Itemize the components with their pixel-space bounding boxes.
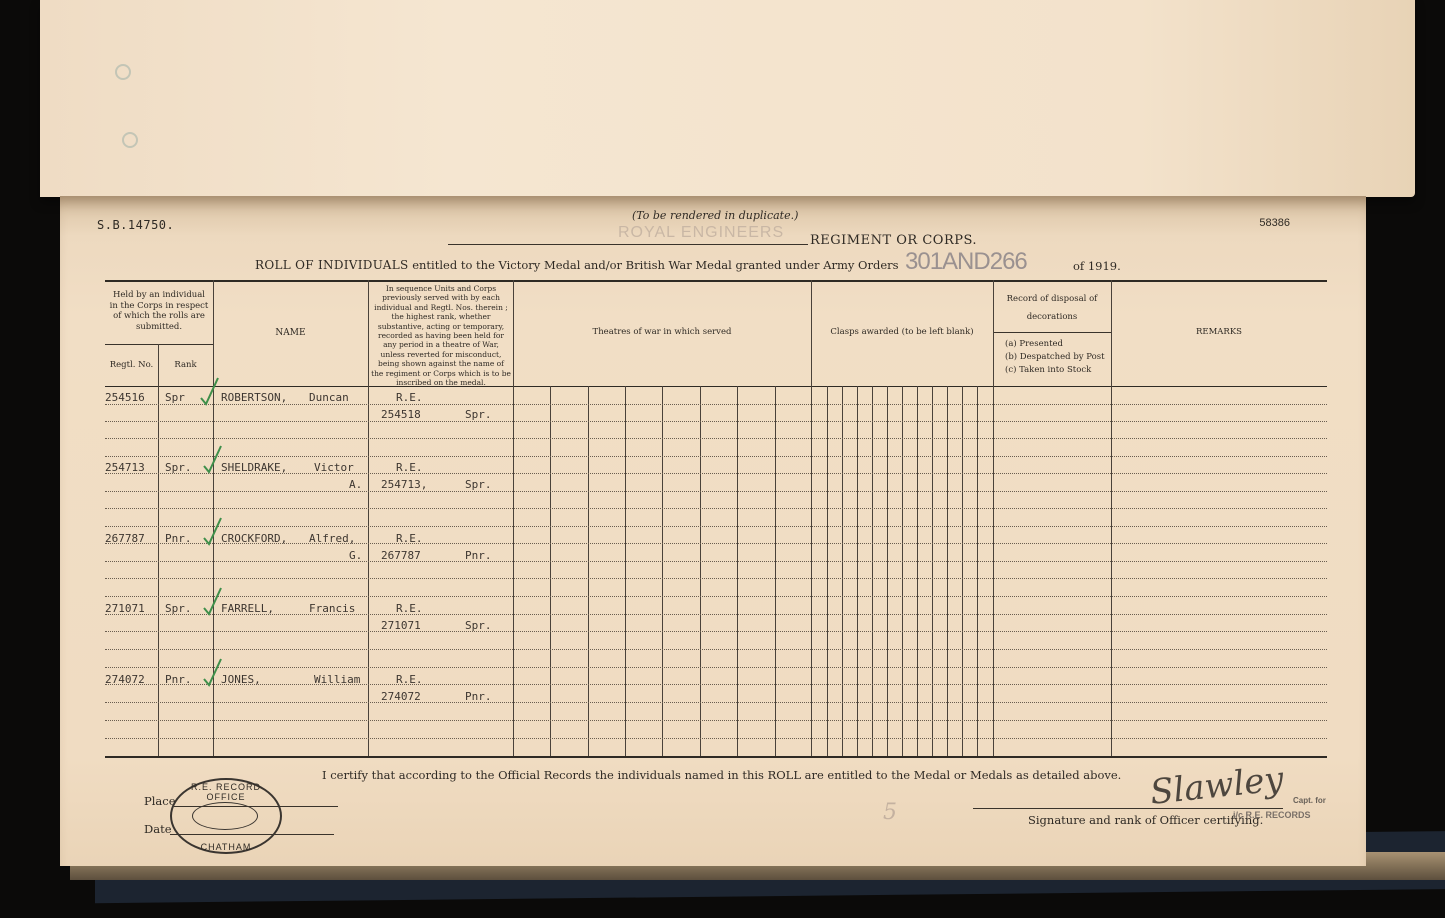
clasp-subcol <box>932 386 933 756</box>
forename: Alfred, <box>309 532 355 545</box>
row-rule <box>105 631 1327 632</box>
unit-rank: Spr. <box>465 619 492 632</box>
previous-page-folded <box>40 0 1415 197</box>
unit-regtl-no: 254713, <box>381 478 427 491</box>
corps: R.E. <box>396 391 423 404</box>
row-rule <box>105 614 1327 615</box>
regtl-no: 254713 <box>105 461 145 474</box>
roll-title: ROLL OF INDIVIDUALS entitled to the Vict… <box>255 258 899 272</box>
theatre-subcol <box>662 386 663 756</box>
forename: Francis <box>309 602 355 615</box>
header-held-by: Held by an individual in the Corps in re… <box>108 290 210 332</box>
check-mark-icon <box>201 657 223 687</box>
surname: SHELDRAKE, <box>221 461 287 474</box>
row-rule <box>105 720 1327 721</box>
row-rule <box>105 456 1327 457</box>
margin-mark: 5 <box>883 800 897 825</box>
roll-table: Held by an individual in the Corps in re… <box>105 280 1327 757</box>
row-rule <box>105 596 1327 597</box>
forename: William <box>314 673 360 686</box>
regtl-no: 267787 <box>105 532 145 545</box>
header-bottom-rule <box>105 386 1327 387</box>
clasp-subcol <box>842 386 843 756</box>
header-disposal-a: (a) Presented <box>1005 339 1063 350</box>
corps: R.E. <box>396 673 423 686</box>
corps-stamp: ROYAL ENGINEERS <box>618 224 784 242</box>
check-mark-icon <box>201 586 223 616</box>
surname: CROCKFORD, <box>221 532 287 545</box>
row-rule <box>105 702 1327 703</box>
unit-regtl-no: 271071 <box>381 619 421 632</box>
clasp-subcol <box>902 386 903 756</box>
theatre-subcol <box>588 386 589 756</box>
header-disposal-b: (b) Despatched by Post <box>1005 352 1105 363</box>
corps-underline <box>448 244 808 245</box>
corps: R.E. <box>396 602 423 615</box>
disposal-divider <box>993 332 1111 333</box>
stamp-inner-ring <box>192 802 258 830</box>
clasp-subcol <box>827 386 828 756</box>
rank: Spr. <box>165 461 192 474</box>
surname: ROBERTSON, <box>221 391 287 404</box>
medal-roll-page: S.B.14750. 58386 (To be rendered in dupl… <box>60 196 1366 866</box>
row-rule <box>105 684 1327 685</box>
clasp-subcol <box>857 386 858 756</box>
clasp-subcol <box>917 386 918 756</box>
table-bottom-rule <box>105 756 1327 758</box>
row-rule <box>105 561 1327 562</box>
corps: R.E. <box>396 461 423 474</box>
rank: Spr. <box>165 602 192 615</box>
row-rule <box>105 526 1327 527</box>
signature-line <box>973 808 1283 809</box>
regtl-no: 271071 <box>105 602 145 615</box>
row-rule <box>105 508 1327 509</box>
header-rank: Rank <box>158 360 213 371</box>
check-mark-icon <box>198 376 220 406</box>
col-divider <box>158 344 159 756</box>
clasp-subcol <box>947 386 948 756</box>
punch-hole <box>122 132 138 148</box>
clasp-subcol <box>962 386 963 756</box>
header-theatres: Theatres of war in which served <box>513 327 811 338</box>
regtl-no: 274072 <box>105 673 145 686</box>
roll-title-rest: entitled to the Victory Medal and/or Bri… <box>412 258 898 272</box>
record-office-stamp: R.E. RECORD OFFICE CHATHAM <box>170 778 282 854</box>
theatre-subcol <box>737 386 738 756</box>
table-top-rule <box>105 280 1327 282</box>
punch-hole <box>115 64 131 80</box>
header-remarks: REMARKS <box>1111 327 1327 338</box>
header-clasps: Clasps awarded (to be left blank) <box>811 327 993 338</box>
header-regtl-no: Regtl. No. <box>105 360 158 371</box>
theatre-subcol <box>625 386 626 756</box>
forename: Victor <box>314 461 354 474</box>
clasp-subcol <box>872 386 873 756</box>
header-disposal-c: (c) Taken into Stock <box>1005 365 1091 376</box>
row-rule <box>105 649 1327 650</box>
header-name: NAME <box>213 328 368 339</box>
unit-rank: Pnr. <box>465 549 492 562</box>
rank: Pnr. <box>165 532 192 545</box>
year-label: of 1919. <box>1073 259 1121 273</box>
unit-regtl-no: 267787 <box>381 549 421 562</box>
row-rule <box>105 404 1327 405</box>
held-by-divider <box>105 344 213 345</box>
row-rule <box>105 543 1327 544</box>
row-rule <box>105 667 1327 668</box>
officer-rank-stamp: Capt. for <box>1293 796 1326 805</box>
initial: G. <box>349 549 362 562</box>
clasp-subcol <box>977 386 978 756</box>
row-rule <box>105 421 1327 422</box>
row-rule <box>105 578 1327 579</box>
forename: Duncan <box>309 391 349 404</box>
unit-regtl-no: 274072 <box>381 690 421 703</box>
date-label: Date <box>144 822 172 836</box>
surname: JONES, <box>221 673 261 686</box>
initial: A. <box>349 478 362 491</box>
theatre-subcol <box>550 386 551 756</box>
records-office-stamp: i/c R.E. RECORDS <box>1233 810 1311 820</box>
row-rule <box>105 491 1327 492</box>
certification-text: I certify that according to the Official… <box>322 768 1121 782</box>
unit-rank: Spr. <box>465 408 492 421</box>
officer-signature: Slawley <box>1148 759 1285 813</box>
form-number: S.B.14750. <box>97 218 174 232</box>
surname: FARRELL, <box>221 602 274 615</box>
rank: Spr <box>165 391 185 404</box>
unit-rank: Spr. <box>465 478 492 491</box>
clasp-subcol <box>887 386 888 756</box>
check-mark-icon <box>201 516 223 546</box>
rank: Pnr. <box>165 673 192 686</box>
duplicate-note: (To be rendered in duplicate.) <box>632 209 798 222</box>
row-rule <box>105 738 1327 739</box>
regtl-no: 254516 <box>105 391 145 404</box>
header-units: In sequence Units and Corps previously s… <box>371 284 511 387</box>
stamp-bottom-text: CHATHAM <box>182 842 270 852</box>
army-orders-stamp: 301AND266 <box>905 248 1027 276</box>
header-disposal: Record of disposal of decorations <box>998 290 1106 326</box>
row-rule <box>105 473 1327 474</box>
check-mark-icon <box>201 444 223 474</box>
stamp-top-text: R.E. RECORD OFFICE <box>178 782 274 802</box>
roll-title-bold: ROLL OF INDIVIDUALS <box>255 258 409 272</box>
theatre-subcol <box>700 386 701 756</box>
corps: R.E. <box>396 532 423 545</box>
serial-number: 58386 <box>1259 217 1290 229</box>
theatre-subcol <box>775 386 776 756</box>
unit-rank: Pnr. <box>465 690 492 703</box>
row-rule <box>105 438 1327 439</box>
unit-regtl-no: 254518 <box>381 408 421 421</box>
signature-label: Signature and rank of Officer certifying… <box>1028 813 1263 827</box>
regiment-label: REGIMENT OR CORPS. <box>810 233 977 248</box>
